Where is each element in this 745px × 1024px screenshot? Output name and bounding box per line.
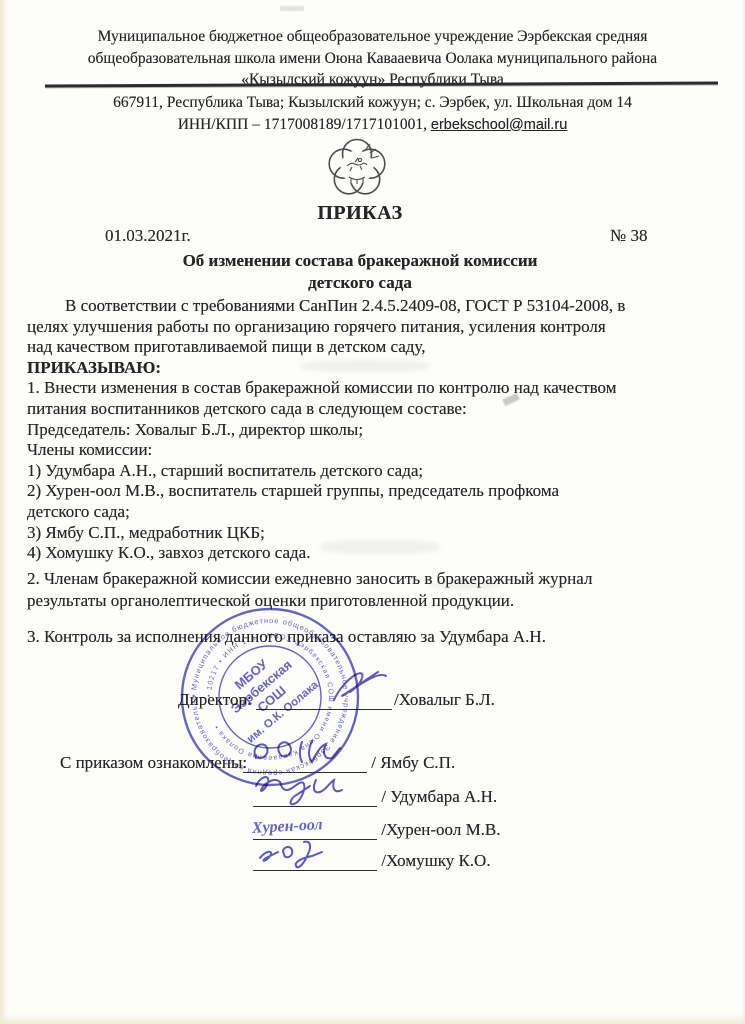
order-number: № 38: [610, 226, 647, 246]
email-text: erbekschool@mail.ru: [431, 117, 567, 133]
doc-type-title: ПРИКАЗ: [0, 202, 720, 225]
scanned-order-document: Муниципальное бюджетное общеобразователь…: [0, 0, 745, 1024]
ack-name: /Хурен-оол М.В.: [381, 820, 500, 839]
letterhead: Муниципальное бюджетное общеобразователь…: [0, 26, 745, 91]
letterhead-line-2: общеобразовательная школа имени Оюна Кав…: [0, 48, 745, 70]
order-subject-line-2: детского сада: [0, 273, 720, 293]
body-line: 2. Членам бракеражной комиссии ежедневно…: [27, 568, 592, 590]
letterhead-line-1: Муниципальное бюджетное общеобразователь…: [0, 26, 745, 48]
ack-name: / Удумбара А.Н.: [381, 787, 497, 806]
body-line: целях улучшения работы по организацию го…: [27, 317, 625, 338]
scan-artifact: [280, 6, 304, 11]
body-line: Председатель: Ховалыг Б.Л., директор шко…: [27, 420, 625, 441]
yambu-handwritten-signature: [242, 736, 357, 770]
order-date: 01.03.2021г.: [105, 226, 191, 246]
body-line: 3) Ямбу С.П., медработник ЦКБ;: [27, 523, 625, 544]
scan-edge-right: [741, 0, 745, 1024]
body-line: Члены комиссии:: [27, 440, 625, 461]
khuren-ool-handwritten-signature: Хурен-оол: [252, 816, 324, 838]
scan-edge-left: [0, 0, 8, 1024]
body-line: В соответствии с требованиями СанПин 2.4…: [27, 296, 625, 317]
director-name: /Ховалыг Б.Л.: [394, 690, 495, 710]
inn-line: ИНН/КПП – 1717008189/1717101001, erbeksc…: [0, 114, 745, 137]
body-line: 1. Внести изменения в состав бракеражной…: [27, 378, 625, 399]
body-line: питания воспитанников детского сада в сл…: [27, 399, 625, 420]
order-subject-line-1: Об изменении состава бракеражной комисси…: [0, 251, 720, 271]
body-line: над качеством приготавливаемой пищи в де…: [27, 337, 625, 358]
body-line-prikazyvayu: ПРИКАЗЫВАЮ:: [27, 358, 625, 379]
letterhead-line-3: «Кызылский кожуун» Республики Тыва: [0, 69, 745, 91]
body-line: 4) Хомушку К.О., завхоз детского сада.: [27, 543, 625, 564]
inn-kpp: ИНН/КПП – 1717008189/1717101001,: [178, 116, 427, 133]
ack-label: С приказом ознакомлены:: [60, 753, 247, 773]
khomushku-handwritten-signature: [250, 838, 350, 872]
scan-edge-bottom: [0, 1014, 745, 1024]
body-line: 1) Удумбара А.Н., старший воспитатель де…: [27, 461, 625, 482]
ack-name: /Хомушку К.О.: [381, 851, 490, 870]
udumbara-handwritten-signature: [246, 770, 361, 810]
body-line: детского сада;: [27, 502, 625, 523]
order-body: В соответствии с требованиями СанПин 2.4…: [27, 296, 625, 564]
address-line: 667911, Республика Тыва; Кызылский кожуу…: [0, 92, 745, 114]
flower-emblem-icon: [320, 136, 394, 202]
letterhead-contacts: 667911, Республика Тыва; Кызылский кожуу…: [0, 92, 745, 136]
ack-name: / Ямбу С.П.: [371, 753, 455, 772]
body-line: 2) Хурен-оол М.В., воспитатель старшей г…: [27, 481, 625, 502]
